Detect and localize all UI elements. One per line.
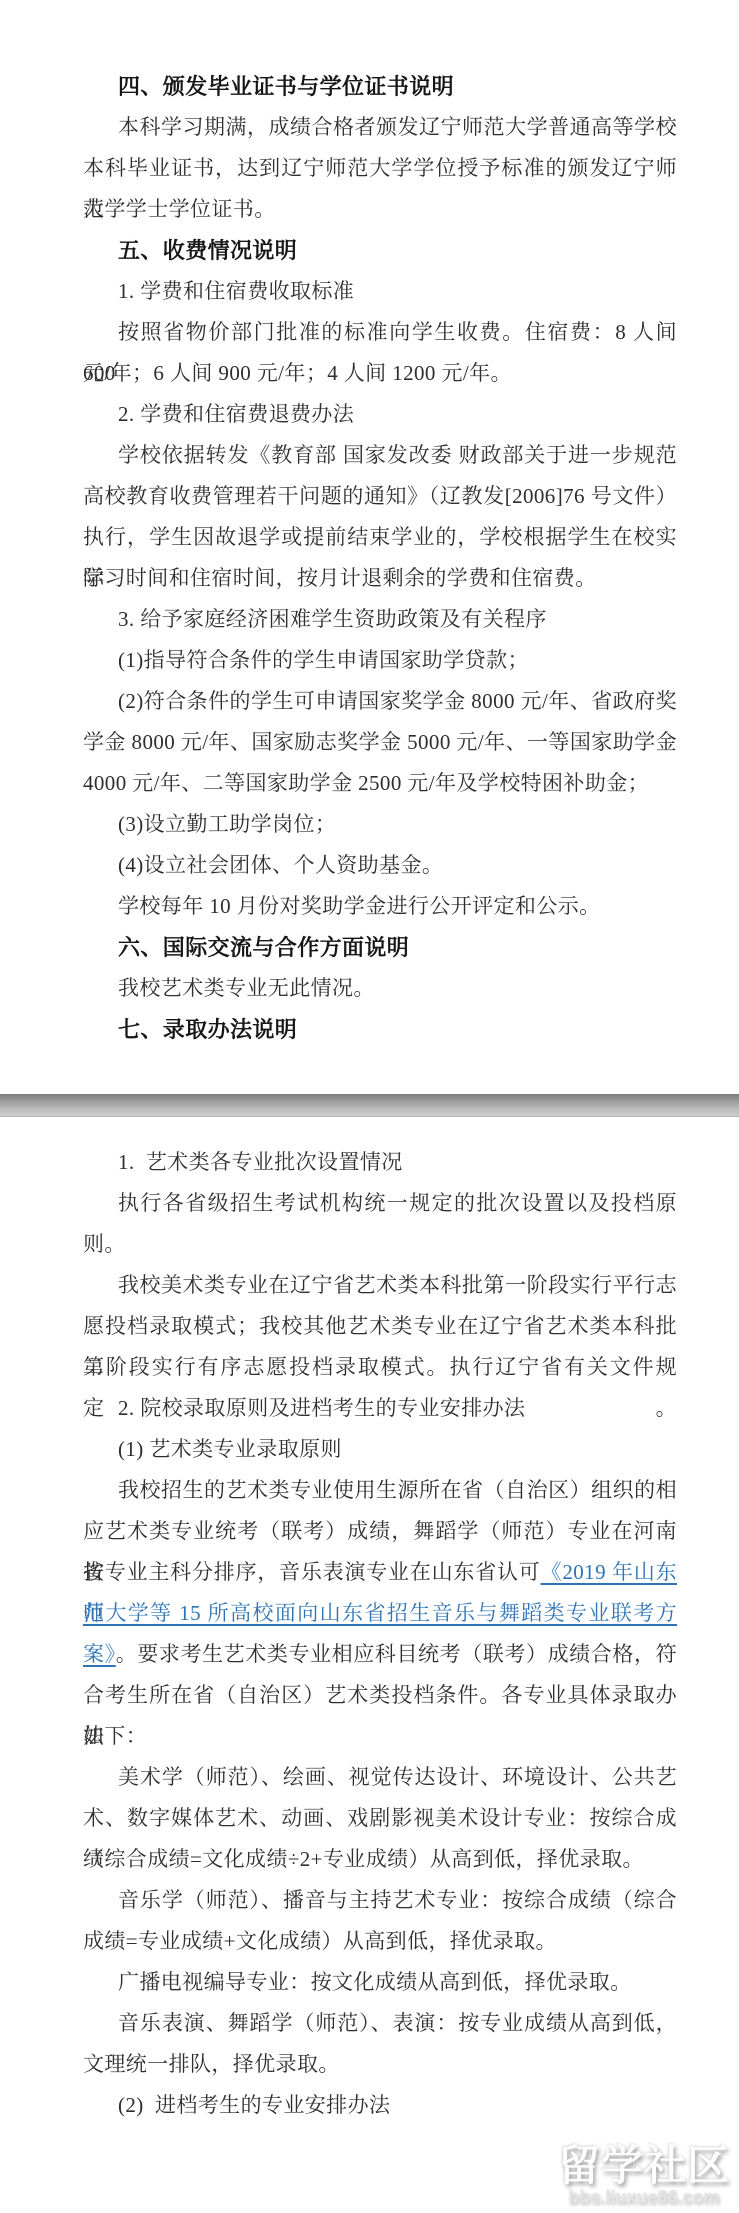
text-line: (2) 进档考生的专业安排办法 [83,2085,677,2126]
page-1: 四、颁发毕业证书与学位证书说明本科学习期满，成绩合格者颁发辽宁师范大学普通高等学… [0,0,739,1050]
text-segment: 学校每年 10 月份对奖助学金进行公开评定和公示。 [118,894,601,918]
text-line: 应艺术类专业统考（联考）成绩，舞蹈学（师范）专业在河南省 [83,1511,677,1552]
text-segment: （综合成绩=文化成绩÷2+专业成绩）从高到低，择优录取。 [83,1847,644,1871]
text-line: 1. 艺术类各专业批次设置情况 [83,1142,677,1183]
text-segment: 4000 元/年、二等国家助学金 2500 元/年及学校特困补助金； [83,771,649,795]
text-segment: (3)设立勤工助学岗位； [118,812,336,836]
text-line: 合考生所在省（自治区）艺术类投档条件。各专业具体录取办法 [83,1675,677,1716]
text-segment: 美术学（师范）、绘画、视觉传达设计、环境设计、公共艺 [118,1765,677,1789]
text-line: 美术学（师范）、绘画、视觉传达设计、环境设计、公共艺 [83,1757,677,1798]
text-line: 广播电视编导专业：按文化成绩从高到低，择优录取。 [83,1962,677,2003]
text-segment: 我校艺术类专业无此情况。 [118,976,375,1000]
text-segment: 成绩=专业成绩+文化成绩）从高到低，择优录取。 [83,1929,557,1953]
section-heading: 五、收费情况说明 [83,230,677,271]
page-2: 1. 艺术类各专业批次设置情况执行各省级招生考试机构统一规定的批次设置以及投档原… [0,1050,739,2126]
text-line: 执行，学生因故退学或提前结束学业的，学校根据学生在校实际 [83,517,677,558]
text-line: 成绩=专业成绩+文化成绩）从高到低，择优录取。 [83,1921,677,1962]
text-segment: 音乐表演、舞蹈学（师范）、表演：按专业成绩从高到低， [118,2011,677,2035]
watermark-site-name: 留学社区 [549,2143,739,2189]
text-line: (1) 艺术类专业录取原则 [83,1429,677,1470]
text-segment: (2)符合条件的学生可申请国家奖学金 8000 元/年、省政府奖 [118,689,677,713]
text-segment: (1)指导符合条件的学生申请国家助学贷款； [118,648,529,672]
text-line: 我校招生的艺术类专业使用生源所在省（自治区）组织的相 [83,1470,677,1511]
text-line: 按照省物价部门批准的标准向学生收费。住宿费：8 人间 600 [83,312,677,353]
text-line: 案》。要求考生艺术类专业相应科目统考（联考）成绩合格，符 [83,1634,677,1675]
text-segment: 六、国际交流与合作方面说明 [118,935,409,960]
text-segment: 学金 8000 元/年、国家励志奖学金 5000 元/年、一等国家助学金 [83,730,677,754]
watermark: 留学社区 bbs.liuxue86.com [549,2143,739,2207]
text-line: 音乐学（师范）、播音与主持艺术专业：按综合成绩（综合 [83,1880,677,1921]
text-line: 3. 给予家庭经济困难学生资助政策及有关程序 [83,599,677,640]
text-line: 学习时间和住宿时间，按月计退剩余的学费和住宿费。 [83,558,677,599]
text-segment: (1) 艺术类专业录取原则 [118,1437,342,1461]
text-line: 学金 8000 元/年、国家励志奖学金 5000 元/年、一等国家助学金 [83,722,677,763]
text-segment: 音乐学（师范）、播音与主持艺术专业：按综合成绩（综合 [118,1888,677,1912]
text-line: 本科毕业证书，达到辽宁师范大学学位授予标准的颁发辽宁师范 [83,148,677,189]
text-line: (1)指导符合条件的学生申请国家助学贷款； [83,640,677,681]
text-segment: (4)设立社会团体、个人资助基金。 [118,853,443,877]
text-segment: (2) 进档考生的专业安排办法 [118,2093,390,2117]
text-segment: 2. 院校录取原则及进档考生的专业安排办法 [118,1396,525,1420]
text-line: 学校每年 10 月份对奖助学金进行公开评定和公示。 [83,886,677,927]
text-line: 范大学等 15 所高校面向山东省招生音乐与舞蹈类专业联考方 [83,1593,677,1634]
text-segment: 五、收费情况说明 [118,238,297,263]
text-line: 高校教育收费管理若干问题的通知》（辽教发[2006]76 号文件） [83,476,677,517]
text-segment: 我校招生的艺术类专业使用生源所在省（自治区）组织的相 [118,1478,677,1502]
inline-hyperlink[interactable]: 范大学等 15 所高校面向山东省招生音乐与舞蹈类专业联考方 [83,1601,677,1625]
text-segment: 学习时间和住宿时间，按月计退剩余的学费和住宿费。 [83,566,597,590]
text-line: 学校依据转发《教育部 国家发改委 财政部关于进一步规范 [83,435,677,476]
text-line: (4)设立社会团体、个人资助基金。 [83,845,677,886]
text-segment: 1. 艺术类各专业批次设置情况 [118,1150,403,1174]
text-segment: 。要求考生艺术类专业相应科目统考（联考）成绩合格，符 [116,1642,677,1666]
text-line: 我校艺术类专业无此情况。 [83,968,677,1009]
text-segment: 执行各省级招生考试机构统一规定的批次设置以及投档原 [118,1191,677,1215]
text-segment: 广播电视编导专业：按文化成绩从高到低，择优录取。 [118,1970,632,1994]
text-line: 执行各省级招生考试机构统一规定的批次设置以及投档原 [83,1183,677,1224]
text-line: 愿投档录取模式；我校其他艺术类专业在辽宁省艺术类本科批第 [83,1306,677,1347]
text-segment: 我校美术类专业在辽宁省艺术类本科批第一阶段实行平行志 [118,1273,677,1297]
text-line: 文理统一排队，择优录取。 [83,2044,677,2085]
text-line: 本科学习期满，成绩合格者颁发辽宁师范大学普通高等学校 [83,107,677,148]
text-line: (3)设立勤工助学岗位； [83,804,677,845]
text-line: 2. 学费和住宿费退费办法 [83,394,677,435]
text-segment: 高校教育收费管理若干问题的通知》（辽教发[2006]76 号文件） [83,484,677,508]
text-line: 二阶段实行有序志愿投档录取模式。执行辽宁省有关文件规定。 [83,1347,677,1388]
text-segment: 大学学士学位证书。 [83,197,276,221]
text-segment: 学校依据转发《教育部 国家发改委 财政部关于进一步规范 [118,443,677,467]
watermark-site-url: bbs.liuxue86.com [549,2187,739,2207]
text-segment: 3. 给予家庭经济困难学生资助政策及有关程序 [118,607,547,631]
inline-hyperlink[interactable]: 案》 [83,1642,116,1666]
text-line: 术、数字媒体艺术、动画、戏剧影视美术设计专业：按综合成绩 [83,1798,677,1839]
text-segment: 本科学习期满，成绩合格者颁发辽宁师范大学普通高等学校 [118,115,677,139]
text-segment: 2. 学费和住宿费退费办法 [118,402,354,426]
text-segment: 四、颁发毕业证书与学位证书说明 [118,74,454,99]
text-line: 按专业主科分排序，音乐表演专业在山东省认可《2019 年山东师 [83,1552,677,1593]
text-line: 4000 元/年、二等国家助学金 2500 元/年及学校特困补助金； [83,763,677,804]
text-segment: 如下： [83,1724,147,1748]
section-heading: 七、录取办法说明 [83,1009,677,1050]
document-page: 四、颁发毕业证书与学位证书说明本科学习期满，成绩合格者颁发辽宁师范大学普通高等学… [0,0,739,2213]
text-line: 1. 学费和住宿费收取标准 [83,271,677,312]
text-segment: 则。 [83,1232,126,1256]
section-heading: 六、国际交流与合作方面说明 [83,927,677,968]
text-segment: 七、录取办法说明 [118,1017,297,1042]
text-line: (2)符合条件的学生可申请国家奖学金 8000 元/年、省政府奖 [83,681,677,722]
text-segment: 文理统一排队，择优录取。 [83,2052,340,2076]
text-line: 音乐表演、舞蹈学（师范）、表演：按专业成绩从高到低， [83,2003,677,2044]
text-segment: 元/年；6 人间 900 元/年；4 人间 1200 元/年。 [83,361,512,385]
text-line: 如下： [83,1716,677,1757]
text-line: 元/年；6 人间 900 元/年；4 人间 1200 元/年。 [83,353,677,394]
text-line: （综合成绩=文化成绩÷2+专业成绩）从高到低，择优录取。 [83,1839,677,1880]
text-line: 我校美术类专业在辽宁省艺术类本科批第一阶段实行平行志 [83,1265,677,1306]
text-segment: 按专业主科分排序，音乐表演专业在山东省认可 [83,1560,541,1584]
text-line: 大学学士学位证书。 [83,189,677,230]
text-line: 则。 [83,1224,677,1265]
section-heading: 四、颁发毕业证书与学位证书说明 [83,66,677,107]
text-segment: 1. 学费和住宿费收取标准 [118,279,354,303]
